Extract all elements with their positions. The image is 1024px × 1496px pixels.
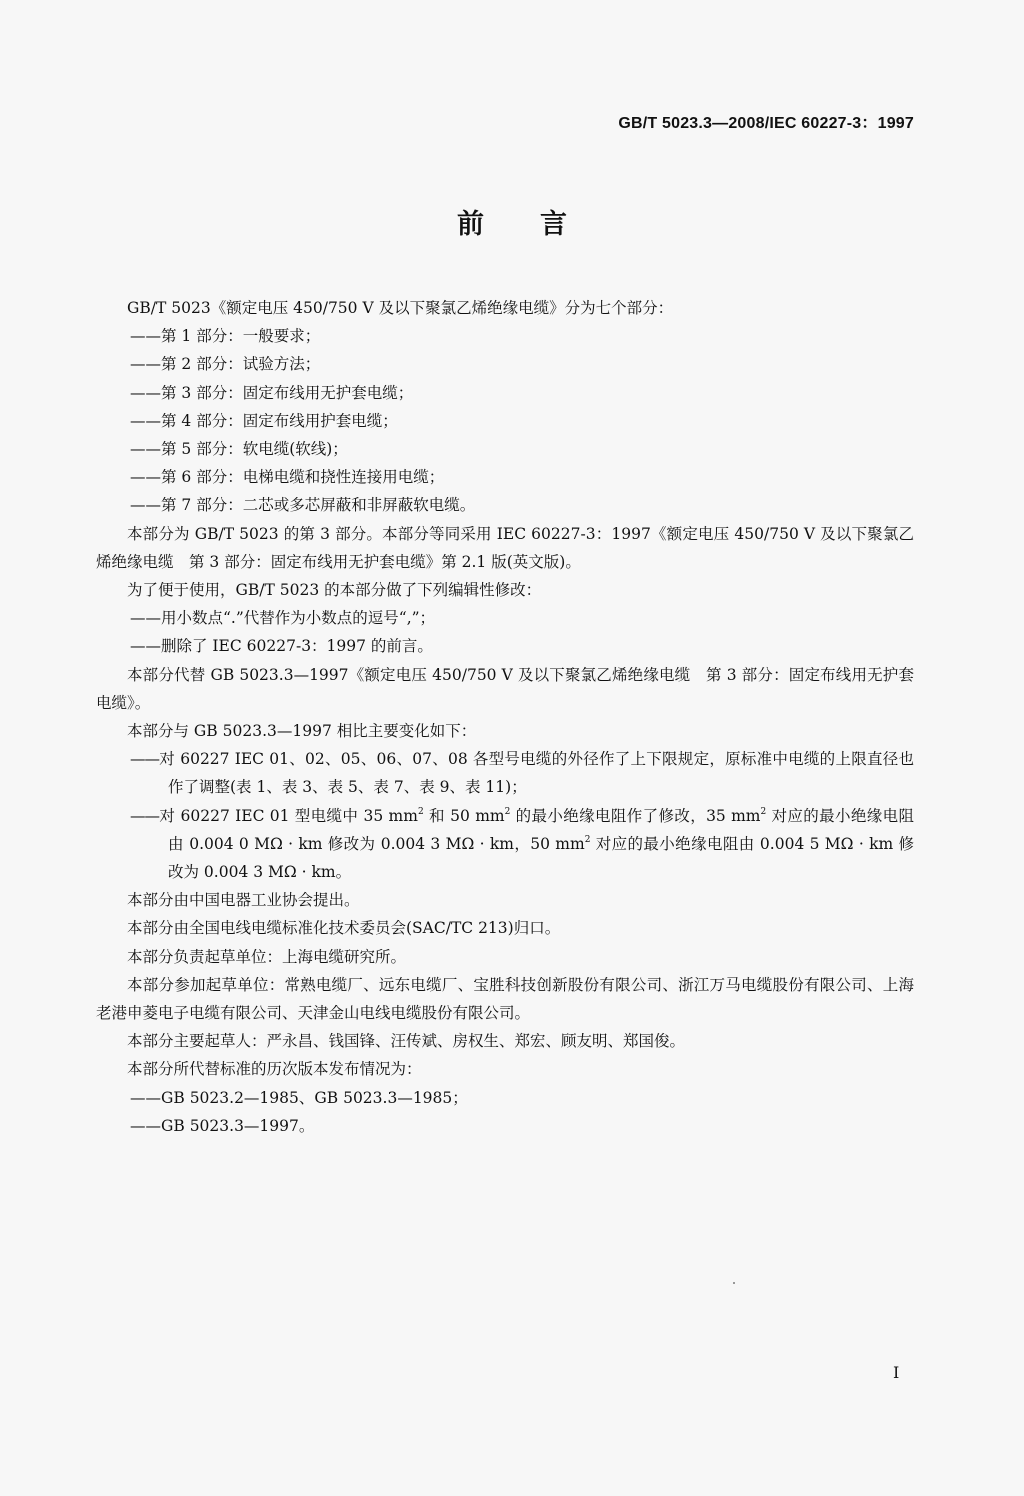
history-item: ——GB 5023.2—1985、GB 5023.3—1985；: [96, 1084, 914, 1112]
proposed-by: 本部分由中国电器工业协会提出。: [96, 886, 914, 914]
part-item: ——第 3 部分：固定布线用无护套电缆；: [96, 379, 914, 407]
standard-code-header: GB/T 5023.3—2008/IEC 60227-3：1997: [618, 110, 914, 133]
intro-paragraph: GB/T 5023《额定电压 450/750 V 及以下聚氯乙烯绝缘电缆》分为七…: [96, 294, 914, 322]
changes-intro: 本部分与 GB 5023.3—1997 相比主要变化如下：: [96, 717, 914, 745]
centralized-by: 本部分由全国电线电缆标准化技术委员会(SAC/TC 213)归口。: [96, 914, 914, 942]
part-item: ——第 5 部分：软电缆(软线)；: [96, 435, 914, 463]
page-number: I: [893, 1363, 899, 1382]
scan-artifact: [733, 1282, 735, 1284]
change-text: 对 60227 IEC 01、02、05、06、07、08 各型号电缆的外径作了…: [159, 750, 914, 796]
editorial-change-item: ——用小数点“.”代替作为小数点的逗号“,”；: [96, 604, 914, 632]
page-title: 前言: [0, 202, 1024, 241]
part-item: ——第 7 部分：二芯或多芯屏蔽和非屏蔽软电缆。: [96, 491, 914, 519]
adoption-paragraph: 本部分为 GB/T 5023 的第 3 部分。本部分等同采用 IEC 60227…: [96, 520, 914, 576]
participating-orgs: 本部分参加起草单位：常熟电缆厂、远东电缆厂、宝胜科技创新股份有限公司、浙江万马电…: [96, 971, 914, 1027]
title-char: 前: [457, 202, 484, 241]
dash-mark: ——: [130, 750, 159, 768]
part-item: ——第 2 部分：试验方法；: [96, 350, 914, 378]
part-item: ——第 6 部分：电梯电缆和挠性连接用电缆；: [96, 463, 914, 491]
replaces-paragraph: 本部分代替 GB 5023.3—1997《额定电压 450/750 V 及以下聚…: [96, 661, 914, 717]
change-text: 的最小绝缘电阻作了修改，35 mm: [510, 807, 760, 825]
change-item: ——对 60227 IEC 01、02、05、06、07、08 各型号电缆的外径…: [96, 745, 914, 801]
change-text: 对 60227 IEC 01 型电缆中 35 mm: [159, 807, 418, 825]
change-item: ——对 60227 IEC 01 型电缆中 35 mm2 和 50 mm2 的最…: [96, 802, 914, 887]
history-intro: 本部分所代替标准的历次版本发布情况为：: [96, 1055, 914, 1083]
title-char: 言: [540, 202, 567, 241]
history-item: ——GB 5023.3—1997。: [96, 1112, 914, 1140]
change-text: 和 50 mm: [424, 807, 505, 825]
part-item: ——第 1 部分：一般要求；: [96, 322, 914, 350]
editorial-change-item: ——删除了 IEC 60227-3：1997 的前言。: [96, 632, 914, 660]
dash-mark: ——: [130, 807, 159, 825]
drafters: 本部分主要起草人：严永昌、钱国锋、汪传斌、房权生、郑宏、顾友明、郑国俊。: [96, 1027, 914, 1055]
editorial-intro: 为了便于使用，GB/T 5023 的本部分做了下列编辑性修改：: [96, 576, 914, 604]
drafting-org: 本部分负责起草单位：上海电缆研究所。: [96, 943, 914, 971]
part-item: ——第 4 部分：固定布线用护套电缆；: [96, 407, 914, 435]
foreword-body: GB/T 5023《额定电压 450/750 V 及以下聚氯乙烯绝缘电缆》分为七…: [96, 294, 914, 1140]
